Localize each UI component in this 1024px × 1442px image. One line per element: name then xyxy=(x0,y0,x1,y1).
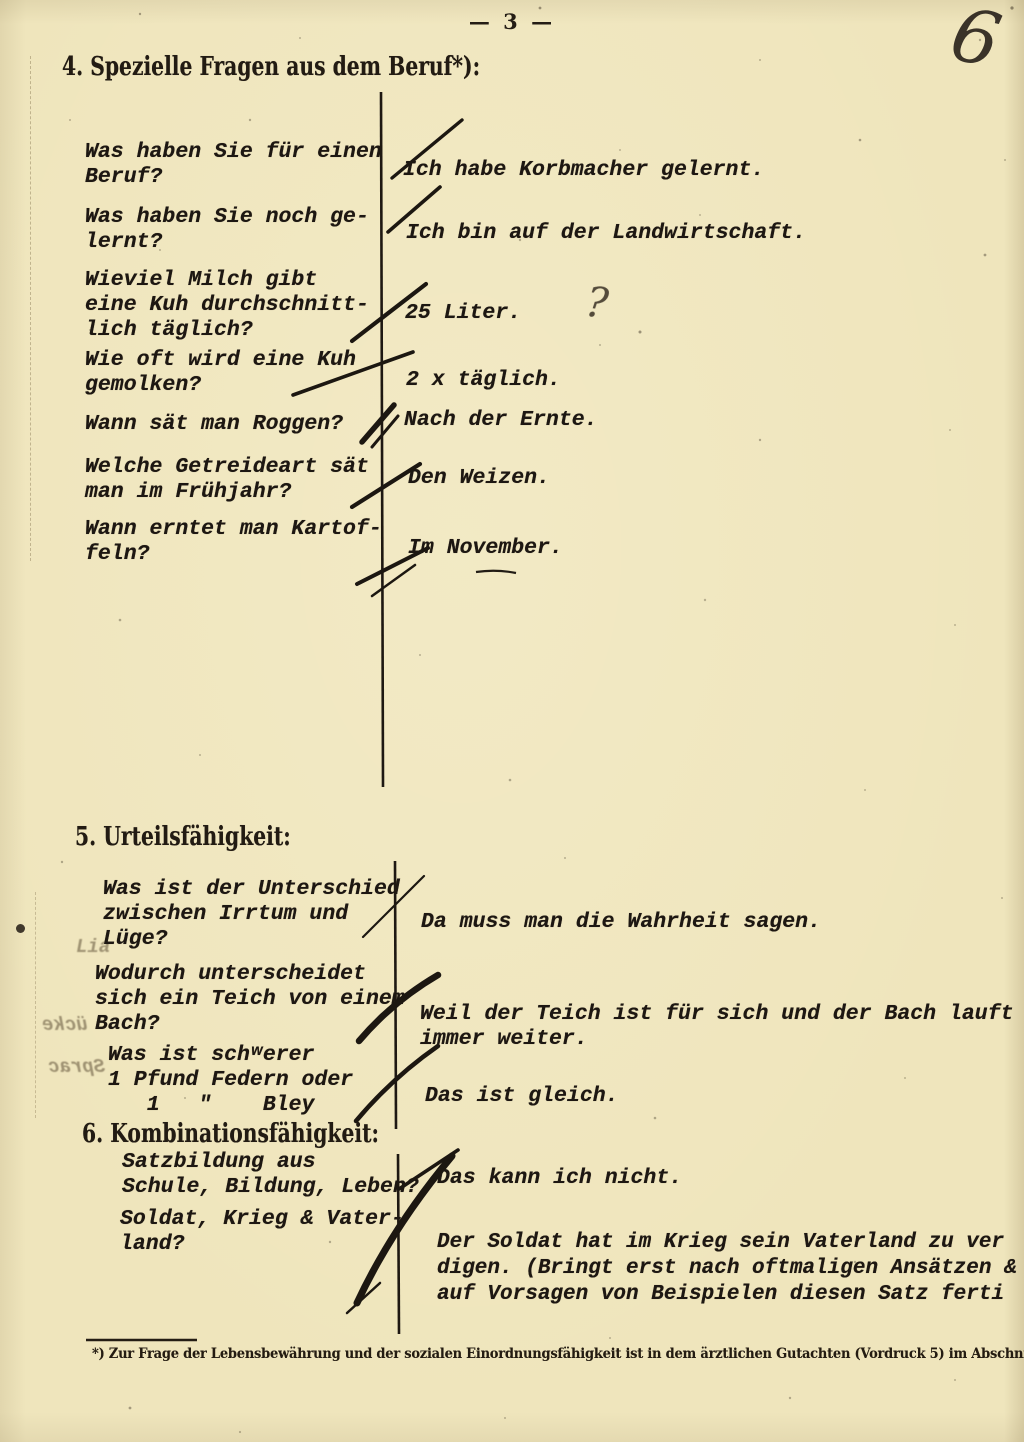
column-divider-lines xyxy=(381,92,399,1334)
page-markings xyxy=(0,0,1024,1442)
ink-specks xyxy=(61,6,1014,1433)
november-underline xyxy=(476,571,516,573)
scanned-questionnaire-page: Lia ücke Sprac — 3 — 6 4. Spezielle Frag… xyxy=(0,0,1024,1442)
handwritten-answer-slashes xyxy=(293,120,462,1313)
